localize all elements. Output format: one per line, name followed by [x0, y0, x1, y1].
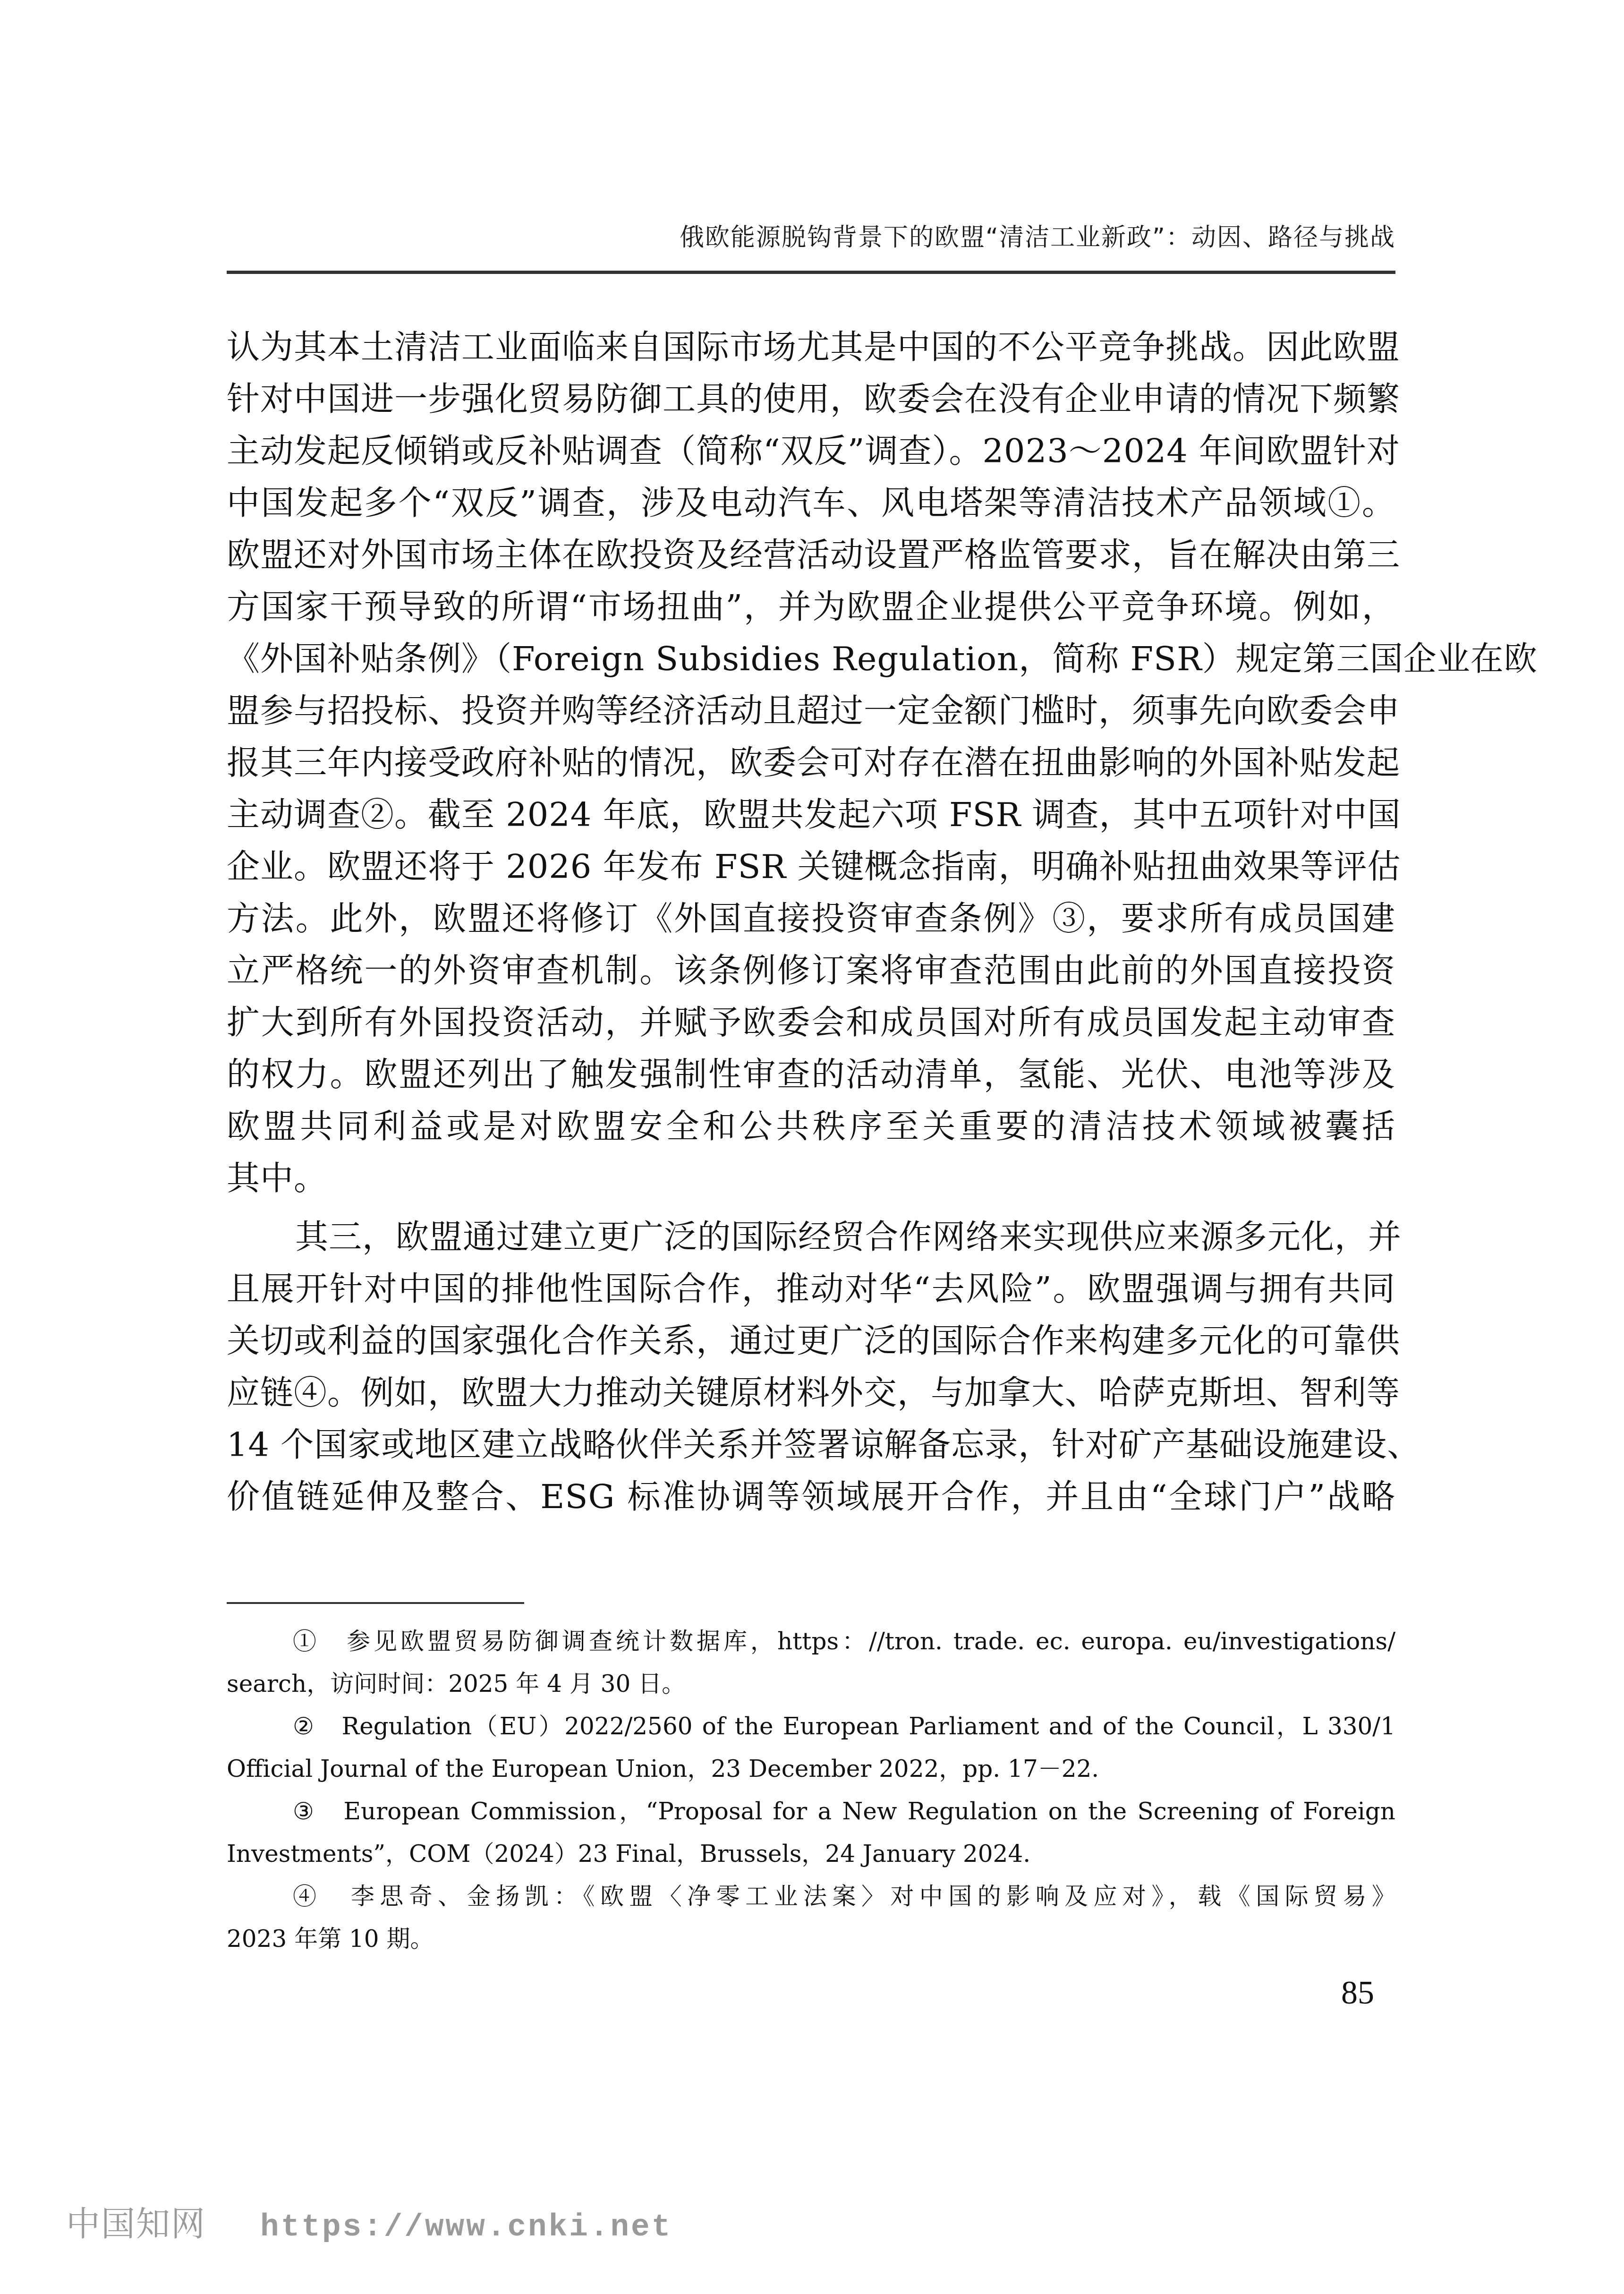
text-line: 价值链延伸及整合、ESG 标准协调等领域展开合作，并且由“全球门户”战略	[227, 1471, 1395, 1523]
footnote-line: ④ 李思奇、金扬凯：《欧盟〈净零工业法案〉对中国的影响及应对》，载《国际贸易》	[227, 1875, 1395, 1918]
text-line: 方国家干预导致的所谓“市场扭曲”，并为欧盟企业提供公平竞争环境。例如，	[227, 581, 1395, 633]
footnote-2: ② Regulation（EU）2022/2560 of the Europea…	[227, 1705, 1395, 1790]
text-line: 其中。	[227, 1152, 1395, 1204]
text-line: 其三，欧盟通过建立更广泛的国际经贸合作网络来实现供应来源多元化，并	[227, 1211, 1395, 1263]
text-line: 的权力。欧盟还列出了触发强制性审查的活动清单，氢能、光伏、电池等涉及	[227, 1049, 1395, 1100]
text-line: 主动调查②。截至 2024 年底，欧盟共发起六项 FSR 调查，其中五项针对中国	[227, 789, 1395, 841]
watermark-name: 中国知网	[66, 2204, 206, 2243]
paragraph-1: 认为其本土清洁工业面临来自国际市场尤其是中国的不公平竞争挑战。因此欧盟 针对中国…	[227, 321, 1395, 1204]
text-line: 报其三年内接受政府补贴的情况，欧委会可对存在潜在扭曲影响的外国补贴发起	[227, 737, 1395, 789]
text-line: 欧盟还对外国市场主体在欧投资及经营活动设置严格监管要求，旨在解决由第三	[227, 529, 1395, 581]
footnote-line: 2023 年第 10 期。	[227, 1918, 1395, 1960]
article-body: 认为其本土清洁工业面临来自国际市场尤其是中国的不公平竞争挑战。因此欧盟 针对中国…	[227, 321, 1395, 1523]
footnote-1: ① 参见欧盟贸易防御调查统计数据库，https：//tron. trade. e…	[227, 1620, 1395, 1705]
running-title: 俄欧能源脱钩背景下的欧盟“清洁工业新政”：动因、路径与挑战	[680, 217, 1395, 253]
watermark-url: https://www.cnki.net	[260, 2209, 672, 2245]
paragraph-2: 其三，欧盟通过建立更广泛的国际经贸合作网络来实现供应来源多元化，并 且展开针对中…	[227, 1211, 1395, 1523]
text-line: 主动发起反倾销或反补贴调查（简称“双反”调查）。2023～2024 年间欧盟针对	[227, 425, 1395, 477]
footnote-3: ③ European Commission，“Proposal for a Ne…	[227, 1790, 1395, 1875]
text-line: 14 个国家或地区建立战略伙伴关系并签署谅解备忘录，针对矿产基础设施建设、	[227, 1419, 1395, 1471]
text-line: 欧盟共同利益或是对欧盟安全和公共秩序至关重要的清洁技术领域被囊括	[227, 1100, 1395, 1152]
footnote-line: search，访问时间：2025 年 4 月 30 日。	[227, 1663, 1395, 1705]
footnote-line: Official Journal of the European Union，2…	[227, 1748, 1395, 1790]
text-line: 企业。欧盟还将于 2026 年发布 FSR 关键概念指南，明确补贴扭曲效果等评估	[227, 841, 1395, 893]
page-number: 85	[1341, 1974, 1374, 2012]
text-line: 立严格统一的外资审查机制。该条例修订案将审查范围由此前的外国直接投资	[227, 945, 1395, 997]
footnotes: ① 参见欧盟贸易防御调查统计数据库，https：//tron. trade. e…	[227, 1620, 1395, 1960]
footnote-4: ④ 李思奇、金扬凯：《欧盟〈净零工业法案〉对中国的影响及应对》，载《国际贸易》 …	[227, 1875, 1395, 1960]
text-line: 认为其本土清洁工业面临来自国际市场尤其是中国的不公平竞争挑战。因此欧盟	[227, 321, 1395, 373]
footnote-divider	[227, 1602, 524, 1604]
running-header: 俄欧能源脱钩背景下的欧盟“清洁工业新政”：动因、路径与挑战	[227, 208, 1395, 274]
text-line: 中国发起多个“双反”调查，涉及电动汽车、风电塔架等清洁技术产品领域①。	[227, 477, 1395, 529]
footnote-line: ③ European Commission，“Proposal for a Ne…	[227, 1790, 1395, 1833]
cnki-watermark: 中国知网 https://www.cnki.net	[66, 2196, 672, 2245]
text-line: 关切或利益的国家强化合作关系，通过更广泛的国际合作来构建多元化的可靠供	[227, 1315, 1395, 1367]
footnote-line: Investments”，COM（2024）23 Final，Brussels，…	[227, 1833, 1395, 1875]
text-line: 方法。此外，欧盟还将修订《外国直接投资审查条例》③，要求所有成员国建	[227, 893, 1395, 945]
footnote-line: ② Regulation（EU）2022/2560 of the Europea…	[227, 1705, 1395, 1748]
text-line: 且展开针对中国的排他性国际合作，推动对华“去风险”。欧盟强调与拥有共同	[227, 1263, 1395, 1315]
footnote-line: ① 参见欧盟贸易防御调查统计数据库，https：//tron. trade. e…	[227, 1620, 1395, 1663]
text-line: 盟参与招投标、投资并购等经济活动且超过一定金额门槛时，须事先向欧委会申	[227, 685, 1395, 737]
text-line: 针对中国进一步强化贸易防御工具的使用，欧委会在没有企业申请的情况下频繁	[227, 373, 1395, 425]
text-line: 扩大到所有外国投资活动，并赋予欧委会和成员国对所有成员国发起主动审查	[227, 997, 1395, 1049]
text-line: 应链④。例如，欧盟大力推动关键原材料外交，与加拿大、哈萨克斯坦、智利等	[227, 1367, 1395, 1419]
text-line: 《外国补贴条例》（Foreign Subsidies Regulation，简称…	[227, 633, 1395, 685]
